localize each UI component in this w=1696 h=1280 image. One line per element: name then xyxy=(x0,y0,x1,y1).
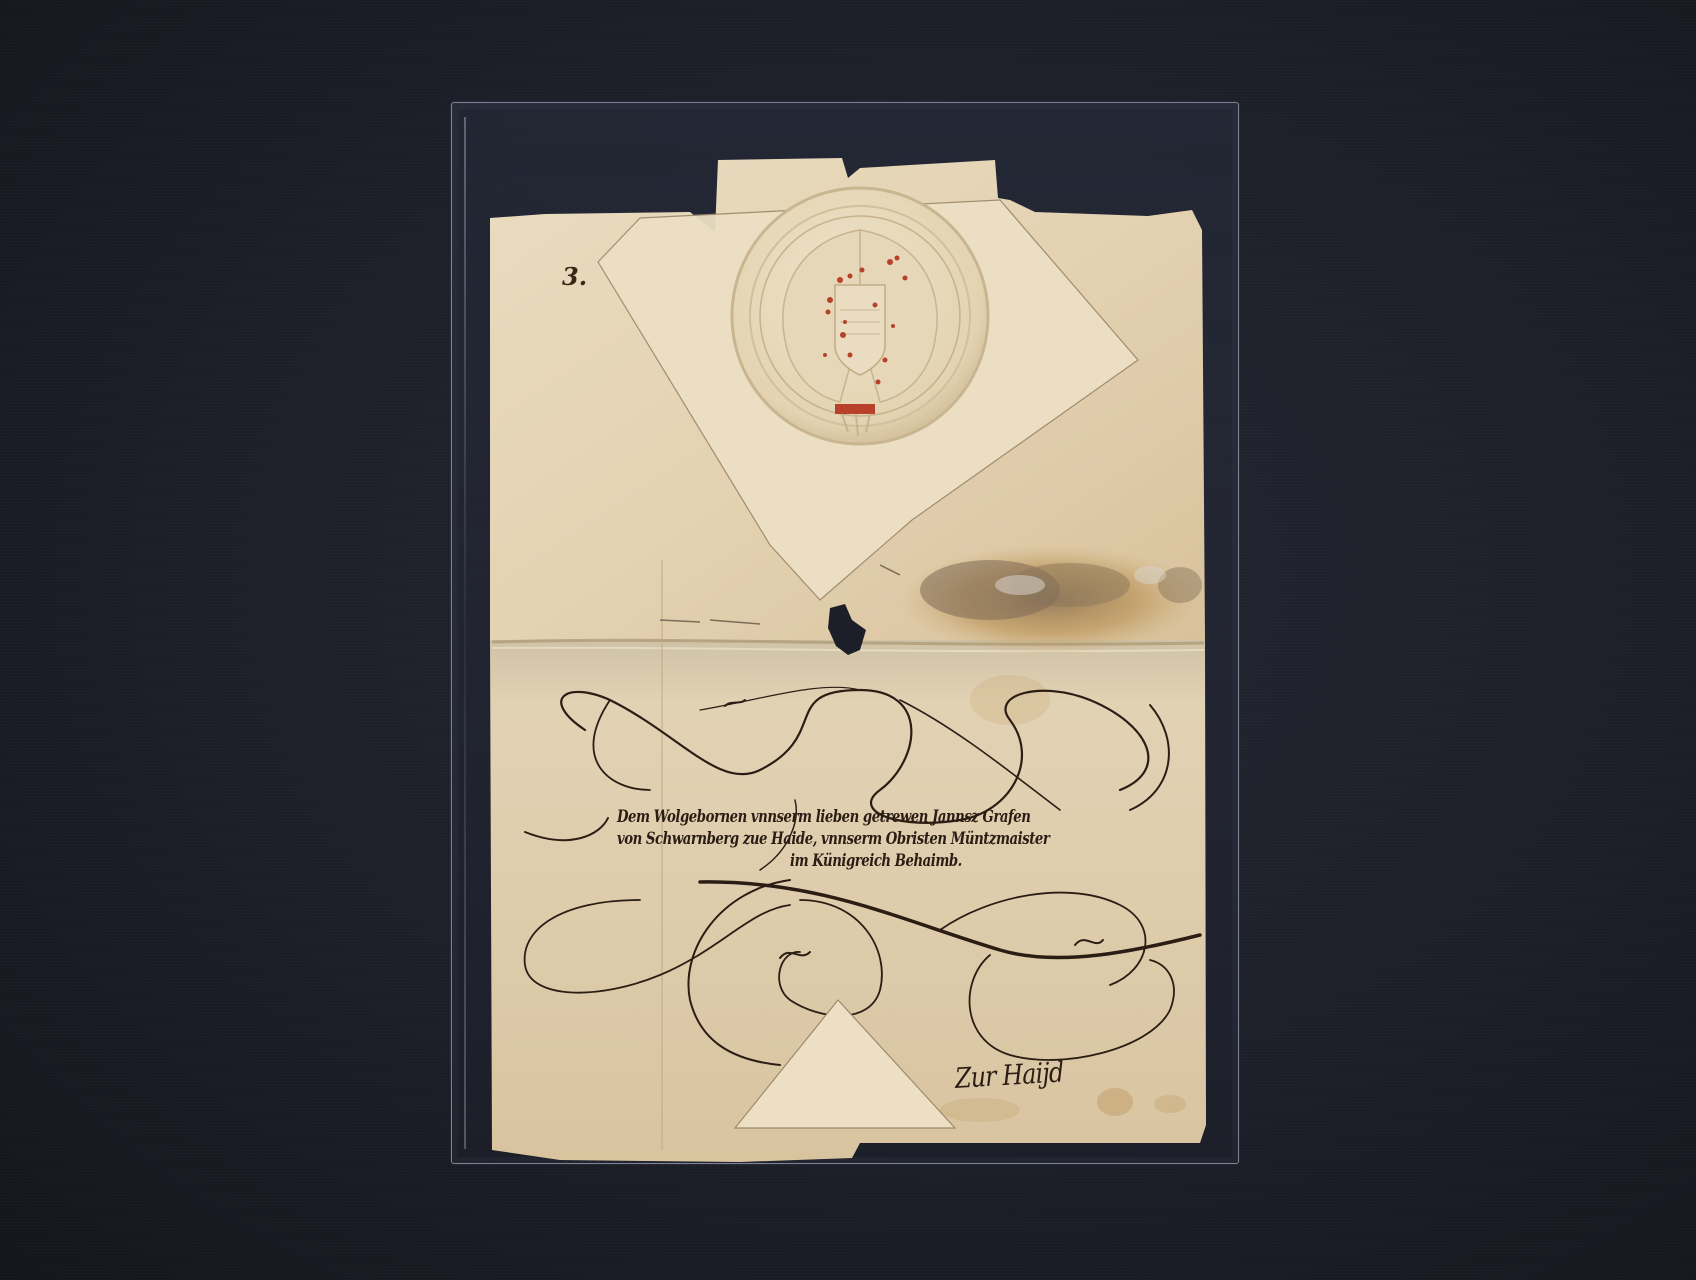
letter-document xyxy=(0,0,1696,1280)
wax-seal xyxy=(732,188,988,444)
corner-mark: 3. xyxy=(562,262,587,291)
address-line-1: Dem Wolgebornen vnnserm lieben getrewen … xyxy=(617,806,1030,828)
address-line-3: im Künigreich Behaimb. xyxy=(790,850,962,872)
address-line-2: von Schwarnberg zue Haide, vnnserm Obris… xyxy=(617,828,1049,850)
signature: Zur Haijd xyxy=(954,1055,1064,1095)
